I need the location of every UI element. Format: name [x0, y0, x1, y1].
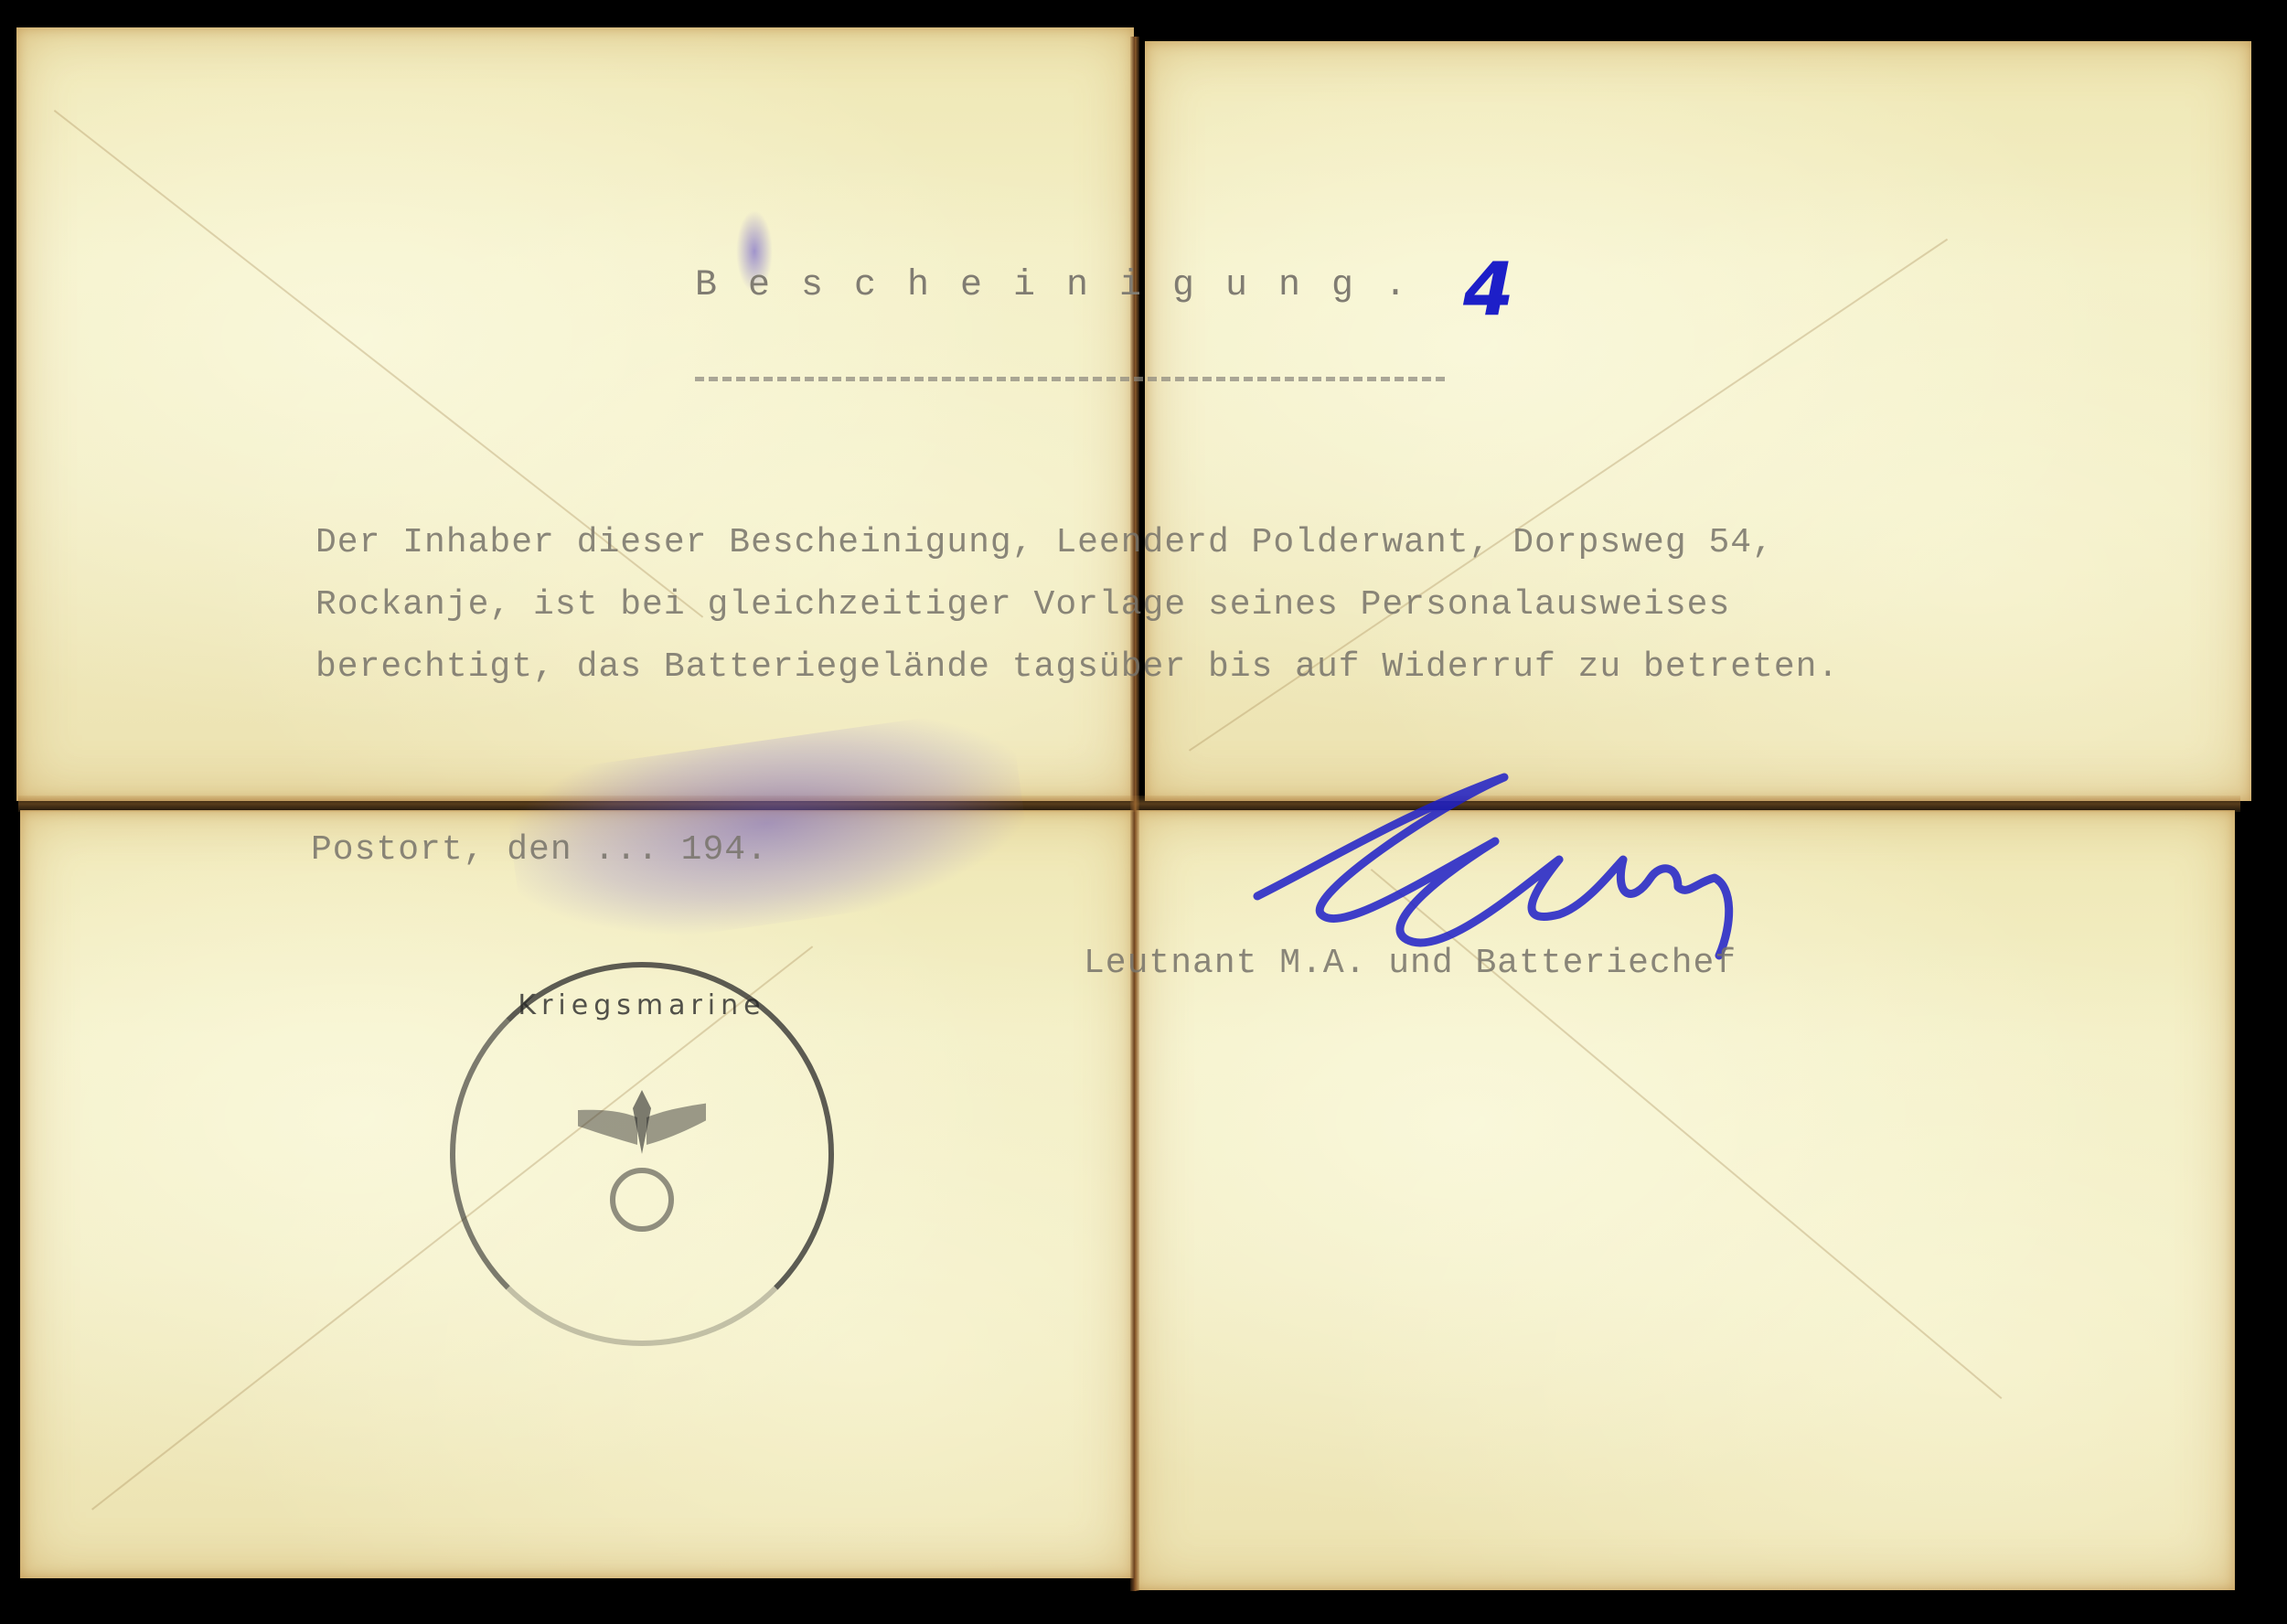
body-line-1: Der Inhaber dieser Bescheinigung, Leende… [315, 523, 1774, 562]
body-line-3: berechtigt, das Batteriegelände tagsüber… [315, 647, 1839, 687]
signatory-title: Leutnant M.A. und Batteriechef [1084, 944, 1737, 983]
place-date-line: Postort, den ... 194. [311, 830, 768, 870]
eagle-emblem-icon [578, 1072, 706, 1245]
official-stamp: Kriegsmarine [450, 962, 834, 1346]
horizontal-fold [18, 796, 2240, 812]
body-line-2: Rockanje, ist bei gleichzeitiger Vorlage… [315, 585, 1730, 625]
stamp-label: Kriegsmarine [450, 989, 834, 1021]
handwritten-number: 4 [1463, 247, 1514, 332]
signature [1221, 759, 1788, 960]
paper-quadrant-top-right [1145, 41, 2251, 801]
document-title: Bescheinigung. [695, 265, 1437, 306]
title-underline [695, 377, 1445, 381]
